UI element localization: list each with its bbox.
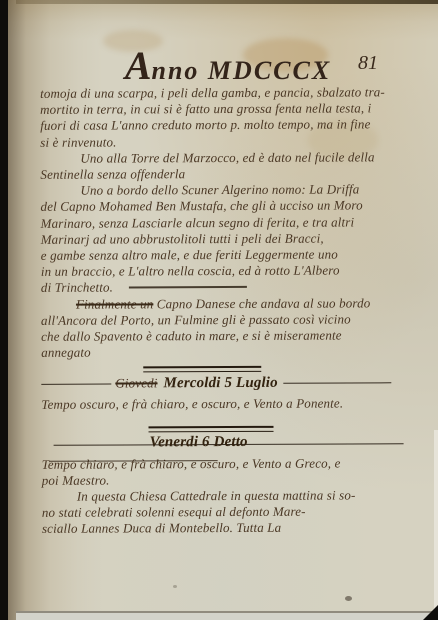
manuscript-line: e gambe senza altro male, e due feriti L… (41, 246, 423, 264)
page-bottom-edge (16, 611, 438, 620)
manuscript-line: tomoja di una scarpa, i peli della gamba… (40, 84, 422, 102)
heading-rule-left (41, 383, 111, 385)
double-rule (149, 425, 274, 432)
manuscript-line: Finalmente un Capno Danese che andava al… (41, 295, 423, 313)
weather-line: Tempo chiaro, e frà chiaro, e oscuro, e … (42, 455, 424, 473)
manuscript-line: di Trinchetto. (41, 279, 423, 297)
entry-title: Mercoldi 5 Luglio (163, 375, 277, 392)
manuscript-line: all'Ancora del Porto, un Fulmine gli è p… (41, 311, 423, 329)
next-page-edge (434, 430, 438, 613)
flourish-rule (129, 286, 247, 289)
page-number: 81 (358, 52, 378, 75)
manuscript-line: Sentinella senza offenderla (40, 165, 422, 183)
manuscript-line-text: Capno Danese che andava al suo bordo (153, 295, 370, 311)
manuscript-line: fuori di casa L'anno creduto morto p. mo… (40, 117, 422, 135)
manuscript-line: In questa Chiesa Cattedrale in questa ma… (42, 487, 424, 505)
manuscript-line: annegato (41, 343, 423, 361)
manuscript-line: Uno alla Torre del Marzocco, ed è dato n… (40, 149, 422, 167)
heading-rule-right (284, 382, 392, 384)
manuscript-line: mortito in terra, in cui si è fatto una … (40, 100, 422, 118)
manuscript-line: in un braccio, e L'altro nella coscia, e… (41, 262, 423, 280)
manuscript-line: no stati celebrati solenni esequi al def… (42, 503, 424, 521)
manuscript-line: del Capno Mohamed Ben Mustafa, che gli à… (41, 198, 423, 216)
entry-title: Venerdi 6 Detto (150, 434, 248, 451)
struck-day-name: Giovedi (115, 376, 157, 392)
weather-text: Tempo chiaro, e frà chiaro, e oscuro, e … (42, 455, 341, 471)
double-rule (143, 366, 261, 373)
entry-heading: Venerdi 6 Detto (42, 432, 424, 454)
manuscript-line: sciallo Lannes Duca di Montebello. Tutta… (42, 520, 424, 538)
ink-speck (345, 596, 352, 601)
manuscript-page: Anno MDCCCX 81 tomoja di una scarpa, i p… (8, 0, 438, 620)
ink-speck (173, 585, 177, 588)
weather-line: poi Maestro. (42, 471, 424, 489)
manuscript-line: Marinarj ad uno abbrustolitoli tutti i p… (41, 230, 423, 248)
manuscript-line: Uno a bordo dello Scuner Algerino nomo: … (40, 181, 422, 199)
manuscript-scan: Anno MDCCCX 81 tomoja di una scarpa, i p… (0, 0, 438, 620)
weather-line: Tempo oscuro, e frà chiaro, e oscuro, e … (41, 396, 423, 414)
entry-heading: Giovedi Mercoldi 5 Luglio (41, 373, 423, 395)
year-heading: Anno MDCCCX (103, 42, 353, 89)
manuscript-line: si è rinvenuto. (40, 133, 422, 151)
corner-shadow (423, 605, 438, 620)
manuscript-line-text: di Trinchetto. (41, 280, 113, 295)
page-top-edge (16, 0, 438, 4)
struck-text: Finalmente un (76, 296, 153, 311)
manuscript-text-column: tomoja di una scarpa, i peli della gamba… (40, 84, 424, 537)
manuscript-line: che dallo Spavento è caduto in mare, e s… (41, 327, 423, 345)
manuscript-line: Marinaro, senza Lasciarle alcun segno di… (41, 214, 423, 232)
